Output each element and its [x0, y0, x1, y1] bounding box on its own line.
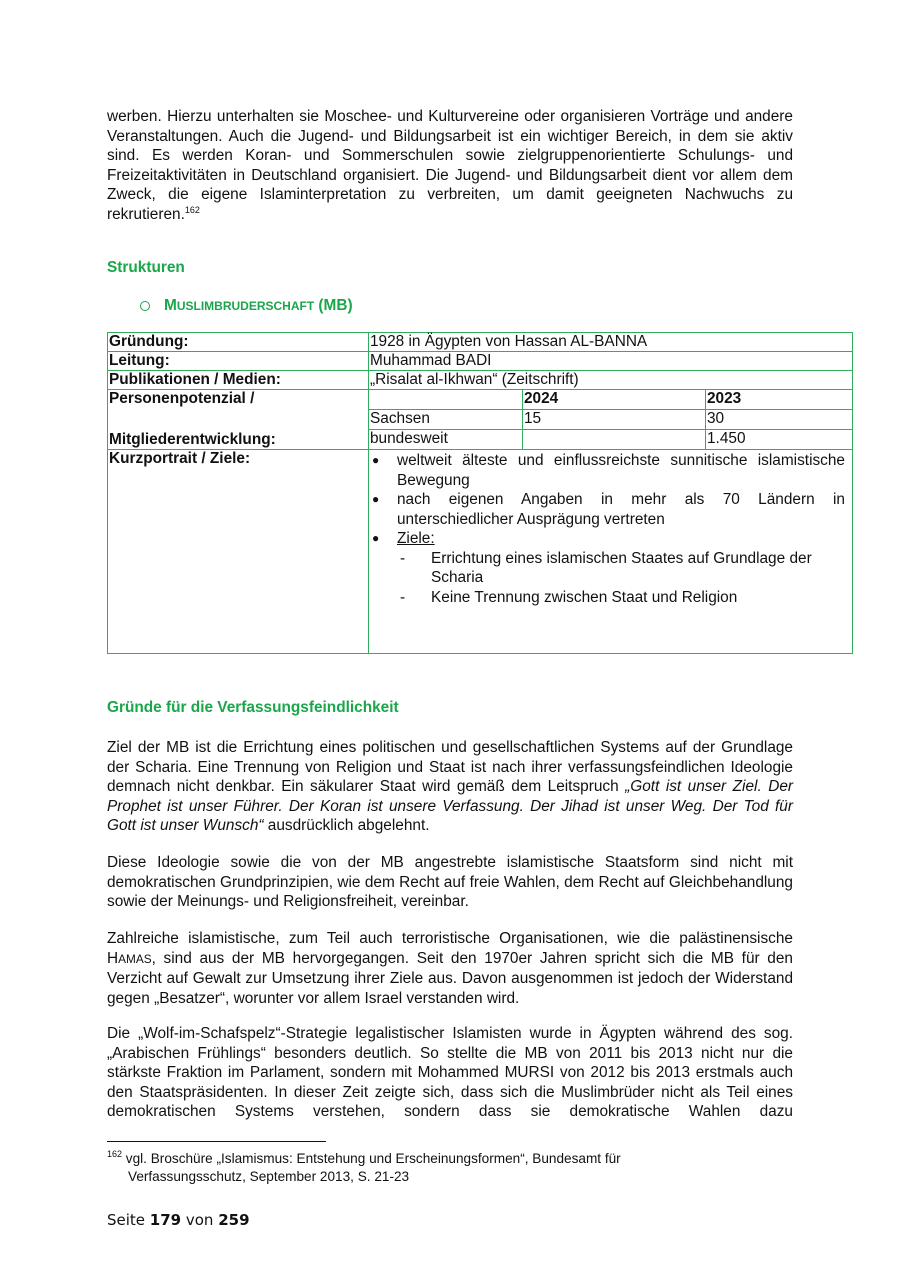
org-heading-text: MUSLIMBRUDERSCHAFT (MB) [164, 297, 353, 315]
footnote: 162 vgl. Broschüre „Islamismus: Entstehu… [107, 1150, 807, 1186]
membership-value-2023: 1.450 [706, 430, 853, 450]
row-label: Leitung: [108, 352, 369, 371]
membership-value-2023: 30 [706, 410, 853, 430]
reasons-paragraph-2: Diese Ideologie sowie die von der MB ang… [107, 853, 793, 912]
membership-value-2024 [523, 430, 706, 450]
profile-cell: ●weltweit älteste und einflussreichste s… [369, 450, 853, 654]
section-heading-strukturen: Strukturen [107, 259, 185, 277]
list-item: ●nach eigenen Angaben in mehr als 70 Län… [370, 490, 851, 529]
bullet-icon: ● [372, 490, 379, 510]
list-item: -Keine Trennung zwischen Staat und Relig… [370, 588, 845, 608]
table-row-gruendung: Gründung: 1928 in Ägypten von Hassan AL-… [108, 333, 853, 352]
row-value: „Risalat al-Ikhwan“ (Zeitschrift) [369, 371, 853, 390]
list-item: -Errichtung eines islamischen Staates au… [370, 549, 845, 588]
dash-icon: - [400, 549, 405, 569]
row-label: Kurzportrait / Ziele: [108, 450, 369, 654]
list-item-goals: ●Ziele: -Errichtung eines islamischen St… [370, 529, 851, 607]
dash-icon: - [400, 588, 405, 608]
org-info-table: Gründung: 1928 in Ägypten von Hassan AL-… [107, 332, 853, 654]
row-value: 1928 in Ägypten von Hassan AL-BANNA [369, 333, 853, 352]
intro-paragraph: werben. Hierzu unterhalten sie Moschee- … [107, 107, 793, 225]
reasons-paragraph-4: Die „Wolf-im-Schafspelz“-Strategie legal… [107, 1024, 793, 1122]
row-label: Gründung: [108, 333, 369, 352]
reasons-paragraph-1: Ziel der MB ist die Errichtung eines pol… [107, 738, 793, 836]
row-label: Publikationen / Medien: [108, 371, 369, 390]
list-item: ●weltweit älteste und einflussreichste s… [370, 451, 851, 490]
membership-label: Personenpotenzial / Mitgliederentwicklun… [108, 390, 369, 450]
footnote-reference[interactable]: 162 [185, 205, 200, 215]
membership-header-2023: 2023 [706, 390, 853, 410]
table-row-membership-header: Personenpotenzial / Mitgliederentwicklun… [108, 390, 853, 410]
footnote-number: 162 [107, 1149, 122, 1159]
bullet-icon: ● [372, 451, 379, 471]
membership-region: Sachsen [369, 410, 523, 430]
table-row-leitung: Leitung: Muhammad BADI [108, 352, 853, 371]
org-heading: MUSLIMBRUDERSCHAFT (MB) [140, 297, 353, 315]
row-value: Muhammad BADI [369, 352, 853, 371]
membership-value-2024: 15 [523, 410, 706, 430]
table-row-profile: Kurzportrait / Ziele: ●weltweit älteste … [108, 450, 853, 654]
goals-list: -Errichtung eines islamischen Staates au… [370, 549, 845, 608]
reasons-paragraph-3: Zahlreiche islamistische, zum Teil auch … [107, 929, 793, 1008]
membership-region: bundesweit [369, 430, 523, 450]
footnote-separator [107, 1141, 326, 1142]
section-heading-gruende: Gründe für die Verfassungsfeindlichkeit [107, 699, 399, 717]
profile-bullet-list: ●weltweit älteste und einflussreichste s… [370, 451, 851, 607]
table-row-publikationen: Publikationen / Medien: „Risalat al-Ikhw… [108, 371, 853, 390]
intro-paragraph-text: werben. Hierzu unterhalten sie Moschee- … [107, 108, 793, 223]
membership-header-cell [369, 390, 523, 410]
membership-header-2024: 2024 [523, 390, 706, 410]
page-number: Seite 179 von 259 [107, 1211, 250, 1229]
hollow-circle-bullet-icon [140, 301, 150, 311]
bullet-icon: ● [372, 529, 379, 549]
